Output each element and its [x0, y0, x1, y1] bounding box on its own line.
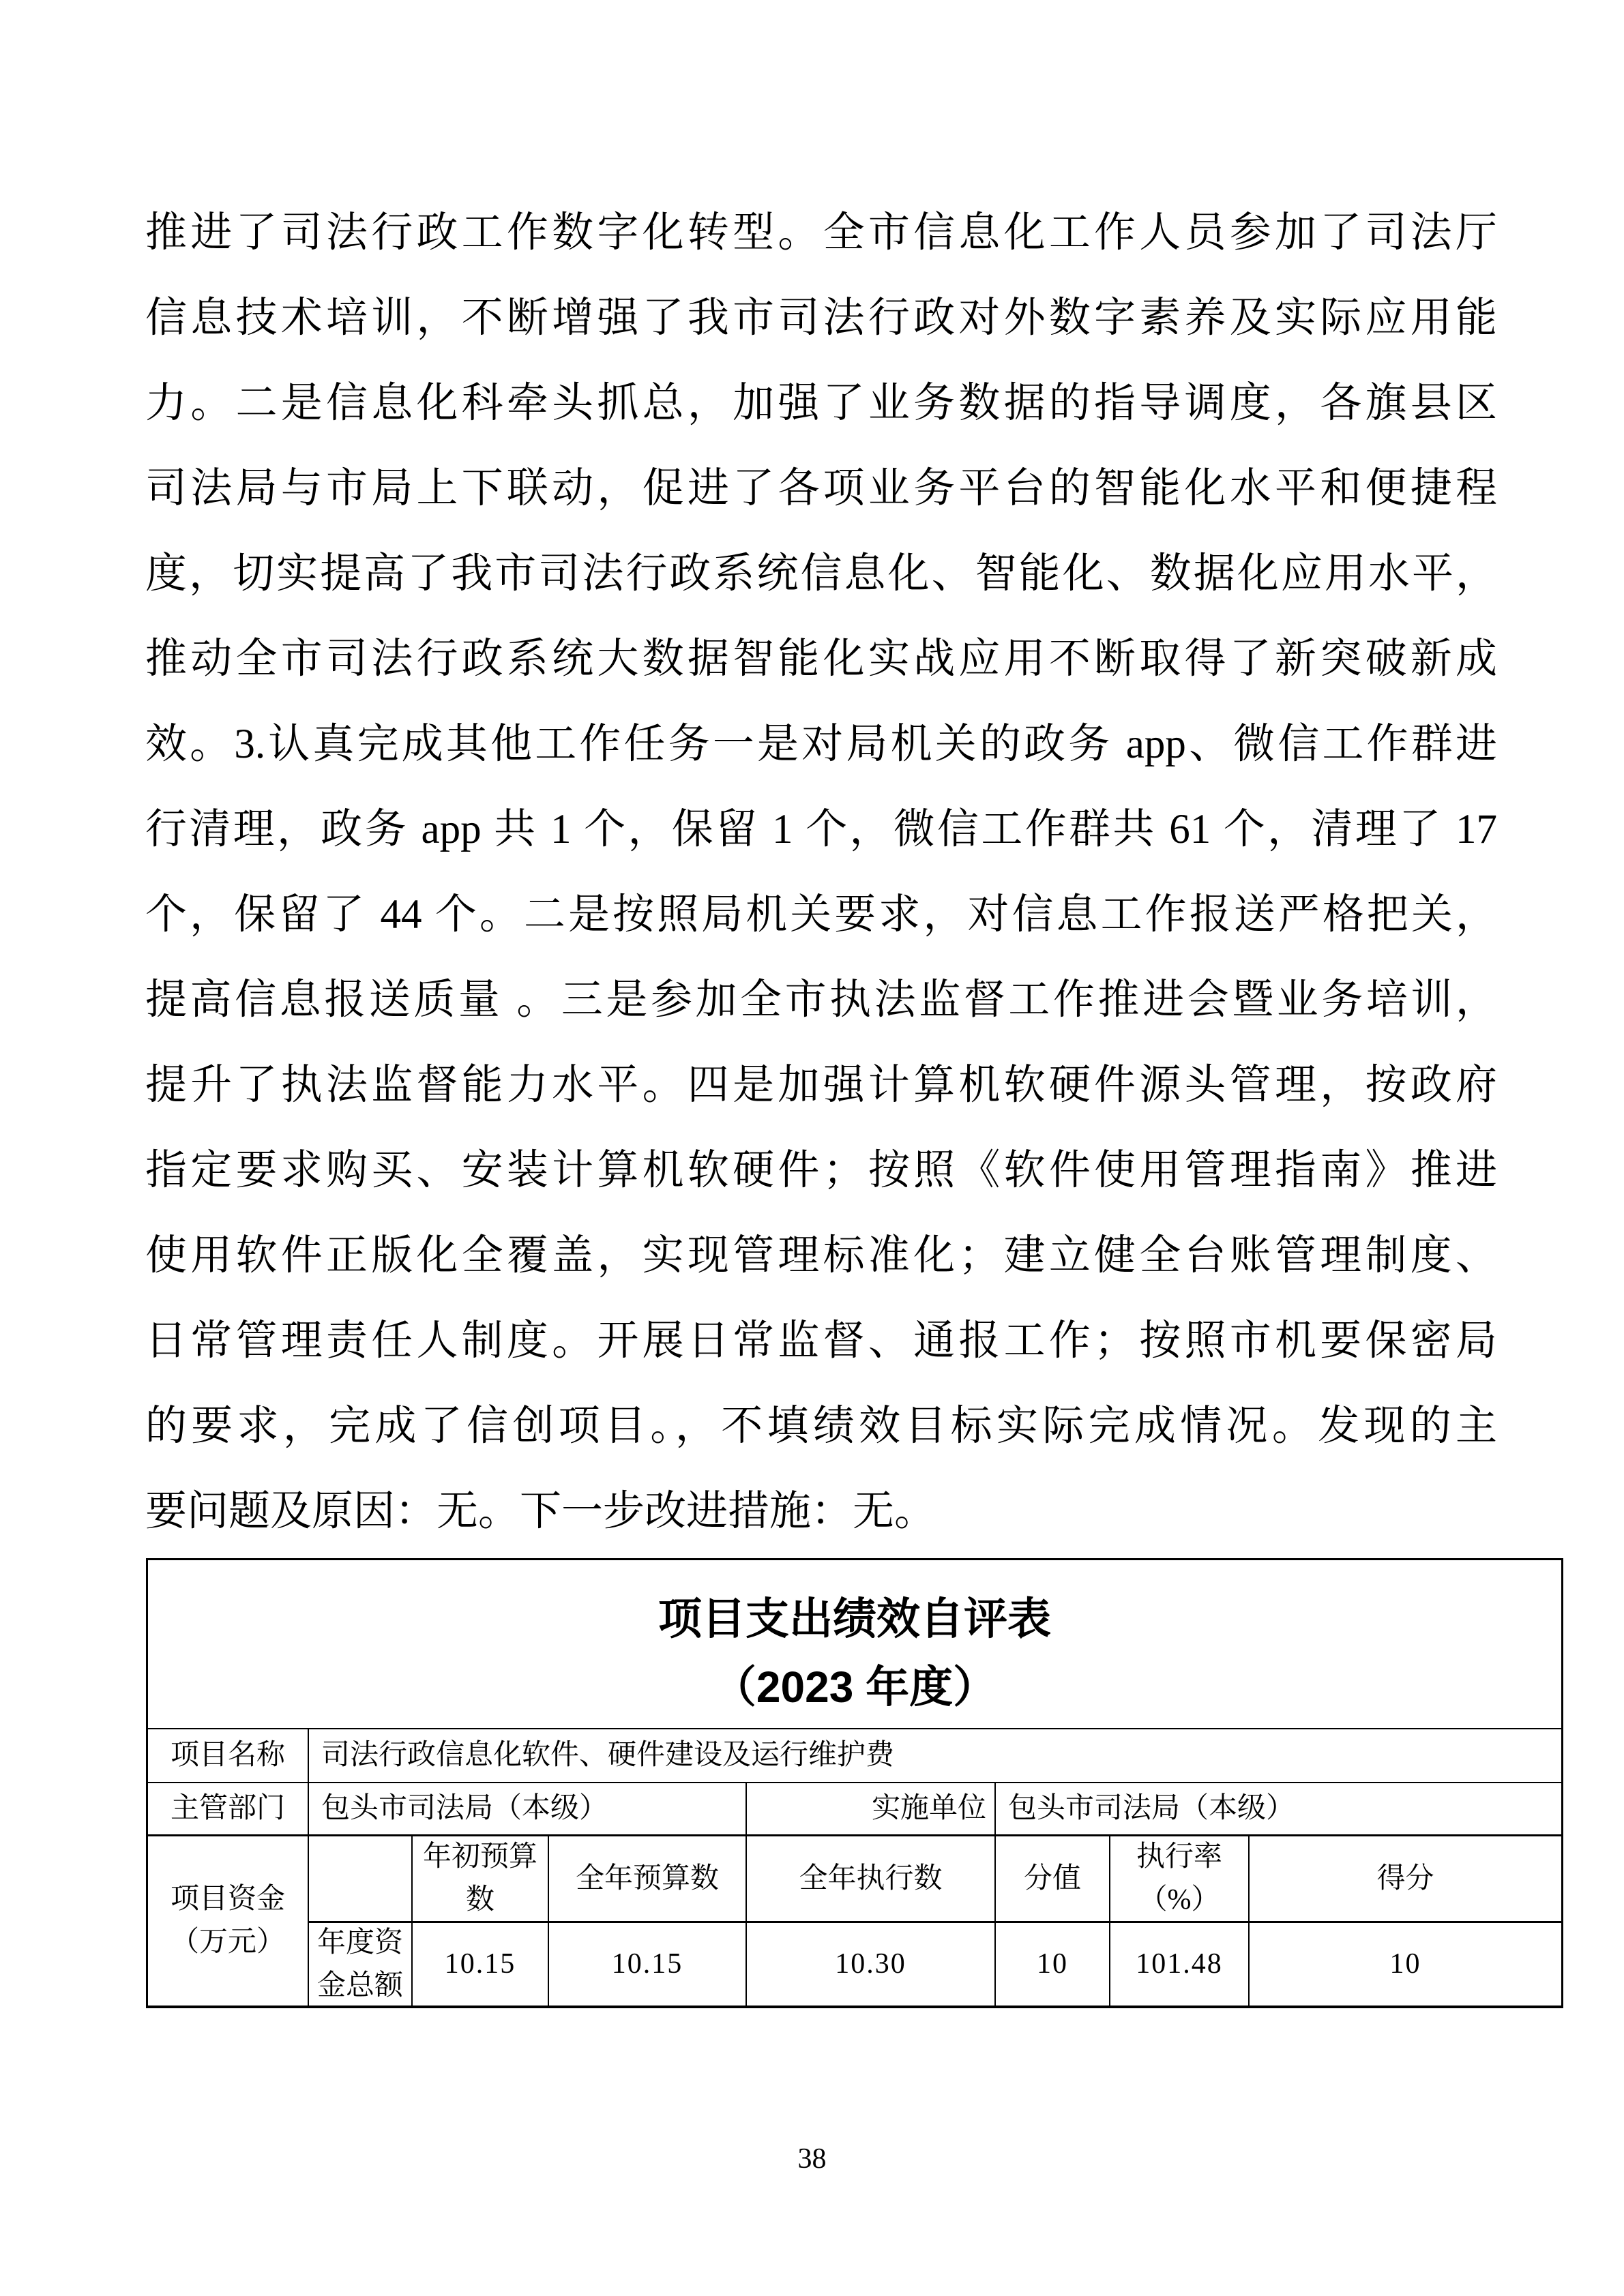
header-text: 执行率（%） [1132, 1836, 1227, 1922]
table-title: 项目支出绩效自评表 [658, 1597, 1051, 1641]
header-text: 年初预算数 [420, 1836, 540, 1922]
value-annual-budget: 10.15 [549, 1923, 747, 2006]
header-initial-budget: 年初预算数 [413, 1836, 549, 1923]
funds-label: 项目资金 （万元） [148, 1836, 309, 2006]
body-line: 推动全市司法行政系统大数据智能化实战应用不断取得了新突破新成 [145, 616, 1497, 702]
header-score: 得分 [1250, 1836, 1561, 1923]
header-annual-budget: 全年预算数 [549, 1836, 747, 1923]
value-score-weight: 10 [996, 1923, 1110, 2006]
body-line: 效。3.认真完成其他工作任务一是对局机关的政务 app、微信工作群进 [145, 702, 1497, 787]
impl-unit-value: 包头市司法局（本级） [996, 1783, 1561, 1836]
header-text: 得分 [1376, 1858, 1434, 1900]
project-name-value: 司法行政信息化软件、硬件建设及运行维护费 [309, 1729, 1561, 1783]
body-line: 提升了执法监督能力水平。四是加强计算机软硬件源头管理，按政府 [145, 1043, 1497, 1128]
funds-subrow-text: 年度资金总额 [316, 1923, 404, 2006]
table-title-block: 项目支出绩效自评表 （2023 年度） [148, 1560, 1561, 1729]
body-line: 度，切实提高了我市司法行政系统信息化、智能化、数据化应用水平， [145, 531, 1497, 616]
dept-label: 主管部门 [148, 1783, 309, 1836]
funds-header-blank [309, 1836, 413, 1923]
value-score: 10 [1250, 1923, 1561, 2006]
body-line: 的要求，完成了信创项目。，不填绩效目标实际完成情况。发现的主 [145, 1384, 1497, 1469]
body-line: 司法局与市局上下联动，促进了各项业务平台的智能化水平和便捷程 [145, 446, 1497, 531]
value-annual-execution: 10.30 [747, 1923, 996, 2006]
header-score-weight: 分值 [996, 1836, 1110, 1923]
body-line: 行清理，政务 app 共 1 个，保留 1 个，微信工作群共 61 个，清理了 … [145, 787, 1497, 872]
impl-unit-label: 实施单位 [747, 1783, 996, 1836]
body-line: 力。二是信息化科牵头抓总，加强了业务数据的指导调度，各旗县区 [145, 361, 1497, 446]
body-line: 信息技术培训，不断增强了我市司法行政对外数字素养及实际应用能 [145, 275, 1497, 361]
project-name-label: 项目名称 [148, 1729, 309, 1783]
header-text: 全年预算数 [576, 1858, 719, 1900]
body-line: 要问题及原因：无。下一步改进措施：无。 [145, 1469, 1497, 1554]
body-line: 日常管理责任人制度。开展日常监督、通报工作；按照市机要保密局 [145, 1298, 1497, 1384]
page-number: 38 [0, 2143, 1624, 2175]
funds-label-line1: 项目资金 [171, 1878, 285, 1921]
body-line: 指定要求购买、安装计算机软硬件；按照《软件使用管理指南》推进 [145, 1128, 1497, 1213]
body-line: 使用软件正版化全覆盖，实现管理标准化；建立健全台账管理制度、 [145, 1213, 1497, 1298]
self-eval-table: 项目支出绩效自评表 （2023 年度） 项目名称 司法行政信息化软件、硬件建设及… [146, 1558, 1563, 2008]
header-text: 全年执行数 [799, 1858, 942, 1900]
value-execution-rate: 101.48 [1110, 1923, 1250, 2006]
table-subtitle: （2023 年度） [713, 1665, 996, 1709]
body-line: 个，保留了 44 个。二是按照局机关要求，对信息工作报送严格把关， [145, 872, 1497, 957]
funds-subrow-label: 年度资金总额 [309, 1923, 413, 2006]
body-paragraph: 推进了司法行政工作数字化转型。全市信息化工作人员参加了司法厅 信息技术培训，不断… [145, 190, 1497, 1554]
header-text: 分值 [1024, 1858, 1081, 1900]
dept-value: 包头市司法局（本级） [309, 1783, 747, 1836]
document-page: 推进了司法行政工作数字化转型。全市信息化工作人员参加了司法厅 信息技术培训，不断… [0, 0, 1624, 2296]
funds-label-line2: （万元） [171, 1921, 285, 1964]
body-line: 提高信息报送质量 。三是参加全市执法监督工作推进会暨业务培训， [145, 957, 1497, 1043]
header-execution-rate: 执行率（%） [1110, 1836, 1250, 1923]
value-initial-budget: 10.15 [413, 1923, 549, 2006]
header-annual-execution: 全年执行数 [747, 1836, 996, 1923]
body-line: 推进了司法行政工作数字化转型。全市信息化工作人员参加了司法厅 [145, 190, 1497, 275]
